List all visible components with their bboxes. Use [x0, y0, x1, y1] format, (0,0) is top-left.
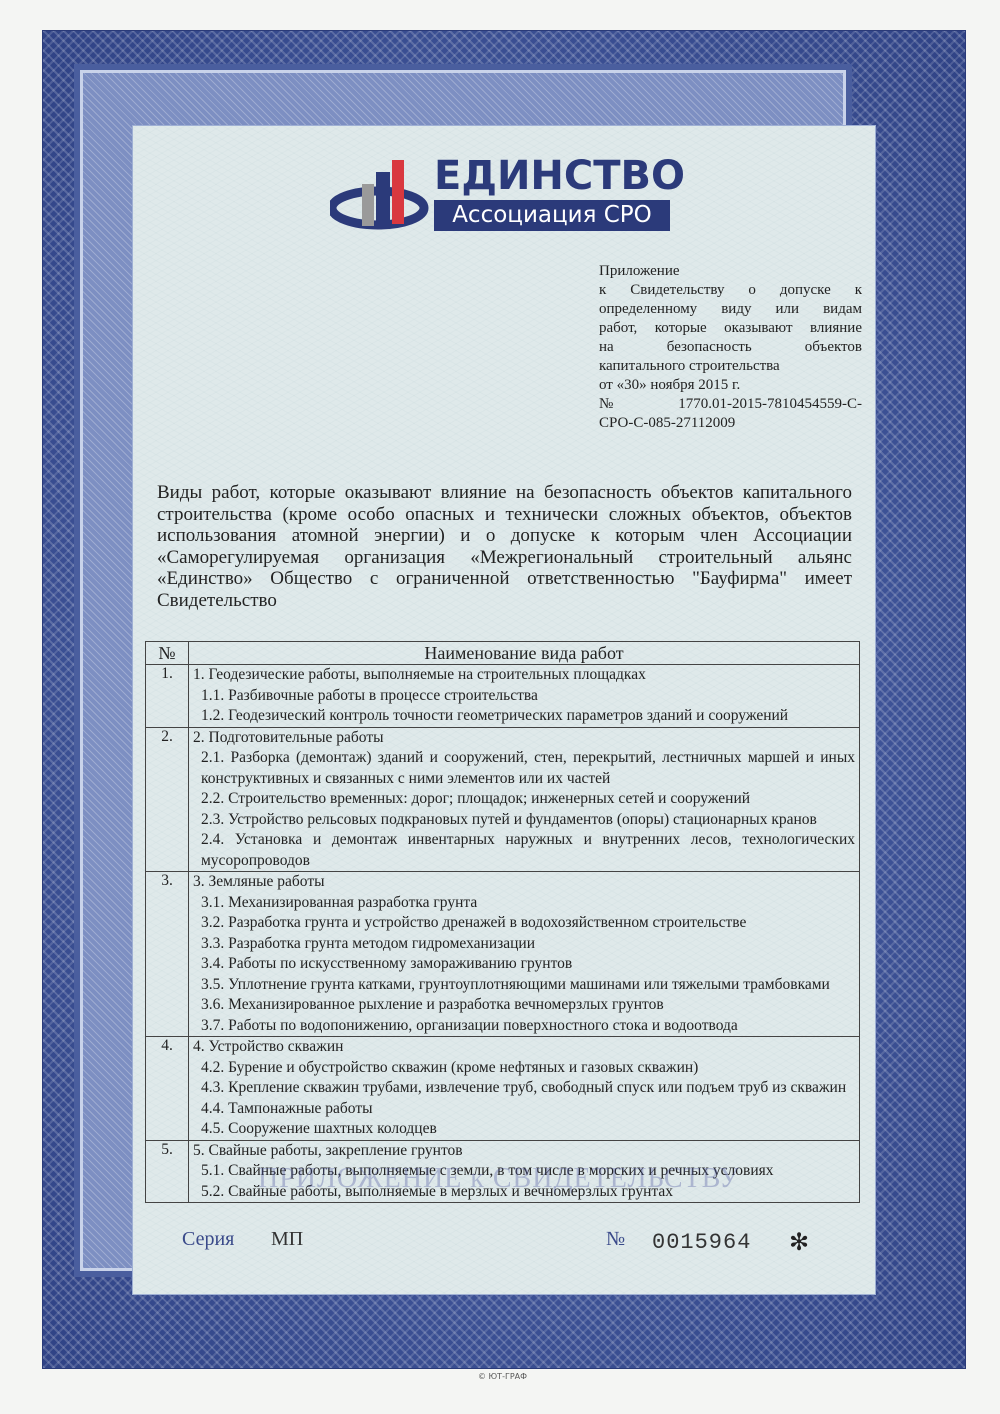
column-header-number: № [146, 642, 189, 665]
work-item: 5.2. Свайные работы, выполняемые в мерзл… [193, 1182, 855, 1203]
row-number: 3. [146, 872, 189, 1037]
work-item: 1.1. Разбивочные работы в процессе строи… [193, 686, 855, 707]
works-table: № Наименование вида работ 1.1. Геодезиче… [145, 641, 860, 1203]
work-item: 3.3. Разработка грунта методом гидромеха… [193, 934, 855, 955]
appendix-line: работ, которые оказывают влияние [599, 319, 862, 338]
appendix-line: капитального строительства [599, 357, 862, 376]
appendix-heading: Приложение [599, 262, 862, 281]
work-item: 2.3. Устройство рельсовых подкрановых пу… [193, 810, 855, 831]
work-item: 4.3. Крепление скважин трубами, извлечен… [193, 1078, 855, 1099]
series-label: Серия [182, 1228, 234, 1251]
asterisk-icon: ✻ [789, 1228, 809, 1257]
work-item: 4.5. Сооружение шахтных колодцев [193, 1119, 855, 1140]
table-row: 4.4. Устройство скважин4.2. Бурение и об… [146, 1037, 860, 1141]
column-header-name: Наименование вида работ [189, 642, 860, 665]
row-number: 2. [146, 727, 189, 872]
appendix-header: Приложение к Свидетельству о допуске к о… [599, 262, 862, 433]
work-item: 3.6. Механизированное рыхление и разрабо… [193, 995, 855, 1016]
table-row: 2.2. Подготовительные работы2.1. Разборк… [146, 727, 860, 872]
logo-title: ЕДИНСТВО [434, 154, 685, 198]
appendix-number: № 1770.01-2015-7810454559-С- [599, 395, 862, 414]
work-group-title: 1. Геодезические работы, выполняемые на … [193, 665, 855, 686]
row-works: 3. Земляные работы3.1. Механизированная … [189, 872, 860, 1037]
work-group-title: 3. Земляные работы [193, 872, 855, 893]
row-works: 2. Подготовительные работы2.1. Разборка … [189, 727, 860, 872]
series-value: МП [271, 1228, 303, 1251]
table-row: 3.3. Земляные работы3.1. Механизированна… [146, 872, 860, 1037]
work-item: 3.1. Механизированная разработка грунта [193, 893, 855, 914]
appendix-number-cont: СРО-С-085-27112009 [599, 414, 862, 433]
table-row: 1.1. Геодезические работы, выполняемые н… [146, 665, 860, 728]
row-number: 4. [146, 1037, 189, 1141]
work-item: 4.2. Бурение и обустройство скважин (кро… [193, 1058, 855, 1079]
form-number-label: № [606, 1228, 625, 1251]
table-header-row: № Наименование вида работ [146, 642, 860, 665]
work-group-title: 4. Устройство скважин [193, 1037, 855, 1058]
building-logo-icon [330, 160, 430, 230]
work-item: 3.7. Работы по водопонижению, организаци… [193, 1016, 855, 1037]
work-item: 2.1. Разборка (демонтаж) зданий и сооруж… [193, 748, 855, 789]
work-group-title: 5. Свайные работы, закрепление грунтов [193, 1141, 855, 1162]
row-works: 5. Свайные работы, закрепление грунтов5.… [189, 1140, 860, 1203]
appendix-line: на безопасность объектов [599, 338, 862, 357]
work-item: 2.4. Установка и демонтаж инвентарных на… [193, 830, 855, 871]
table-row: 5.5. Свайные работы, закрепление грунтов… [146, 1140, 860, 1203]
appendix-date: от «30» ноября 2015 г. [599, 376, 862, 395]
work-item: 5.1. Свайные работы, выполняемые с земли… [193, 1161, 855, 1182]
row-works: 1. Геодезические работы, выполняемые на … [189, 665, 860, 728]
work-item: 2.2. Строительство временных: дорог; пло… [193, 789, 855, 810]
appendix-line: к Свидетельству о допуске к [599, 281, 862, 300]
logo-subtitle: Ассоциация СРО [434, 200, 670, 231]
appendix-line: определенному виду или видам [599, 300, 862, 319]
work-item: 1.2. Геодезический контроль точности гео… [193, 706, 855, 727]
work-group-title: 2. Подготовительные работы [193, 728, 855, 749]
row-number: 1. [146, 665, 189, 728]
intro-paragraph: Виды работ, которые оказывают влияние на… [157, 482, 852, 611]
logo: ЕДИНСТВО Ассоциация СРО [330, 150, 675, 235]
work-item: 3.2. Разработка грунта и устройство дрен… [193, 913, 855, 934]
work-item: 4.4. Тампонажные работы [193, 1099, 855, 1120]
work-item: 3.4. Работы по искусственному заморажива… [193, 954, 855, 975]
printer-mark: © ЮТ-ГРАФ [478, 1372, 527, 1381]
row-works: 4. Устройство скважин4.2. Бурение и обус… [189, 1037, 860, 1141]
work-item: 3.5. Уплотнение грунта катками, грунтоуп… [193, 975, 855, 996]
form-number-value: 0015964 [652, 1230, 751, 1255]
row-number: 5. [146, 1140, 189, 1203]
